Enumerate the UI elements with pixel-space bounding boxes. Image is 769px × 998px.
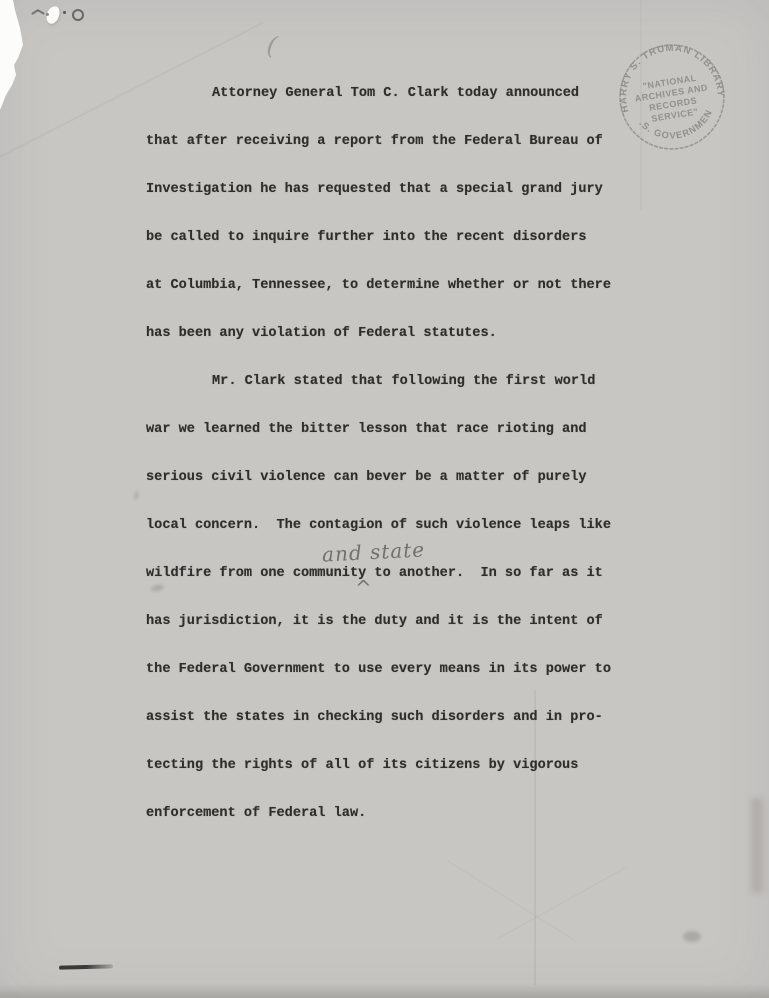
typed-line: Mr. Clark stated that following the firs…	[146, 374, 646, 422]
typed-document-body: Attorney General Tom C. Clark today anno…	[146, 86, 646, 854]
typed-line: wildfire from one community to another. …	[146, 566, 646, 614]
typed-line: at Columbia, Tennessee, to determine whe…	[146, 278, 646, 326]
typed-line: war we learned the bitter lesson that ra…	[146, 422, 646, 470]
pencil-paren-mark: (	[265, 30, 279, 60]
typed-line: Investigation he has requested that a sp…	[146, 182, 646, 230]
torn-corner	[0, 0, 30, 115]
scanned-document-page: ( HARRY S. TRUMAN LIBRARY U.S. GOVERNMEN…	[0, 0, 769, 998]
paper-crease	[447, 860, 575, 941]
typed-line: enforcement of Federal law.	[146, 806, 646, 854]
insert-caret: ^	[355, 578, 372, 598]
typed-line: be called to inquire further into the re…	[146, 230, 646, 278]
pencil-scribble	[72, 9, 84, 21]
typed-line: tecting the rights of all of its citizen…	[146, 758, 646, 806]
bottom-pencil-dash	[59, 964, 113, 969]
page-bottom-edge	[0, 984, 769, 998]
typed-line: that after receiving a report from the F…	[146, 134, 646, 182]
pencil-scribble	[63, 11, 66, 14]
typed-line: Attorney General Tom C. Clark today anno…	[146, 86, 646, 134]
edge-shadow	[751, 798, 763, 893]
typed-line: has jurisdiction, it is the duty and it …	[146, 614, 646, 662]
typed-line: has been any violation of Federal statut…	[146, 326, 646, 374]
typed-line: assist the states in checking such disor…	[146, 710, 646, 758]
typed-line: the Federal Government to use every mean…	[146, 662, 646, 710]
typed-line: serious civil violence can bever be a ma…	[146, 470, 646, 518]
pencil-scribble	[37, 9, 45, 15]
smudge-mark	[683, 931, 701, 942]
smudge-mark	[134, 491, 139, 500]
pencil-scribble	[46, 13, 49, 16]
